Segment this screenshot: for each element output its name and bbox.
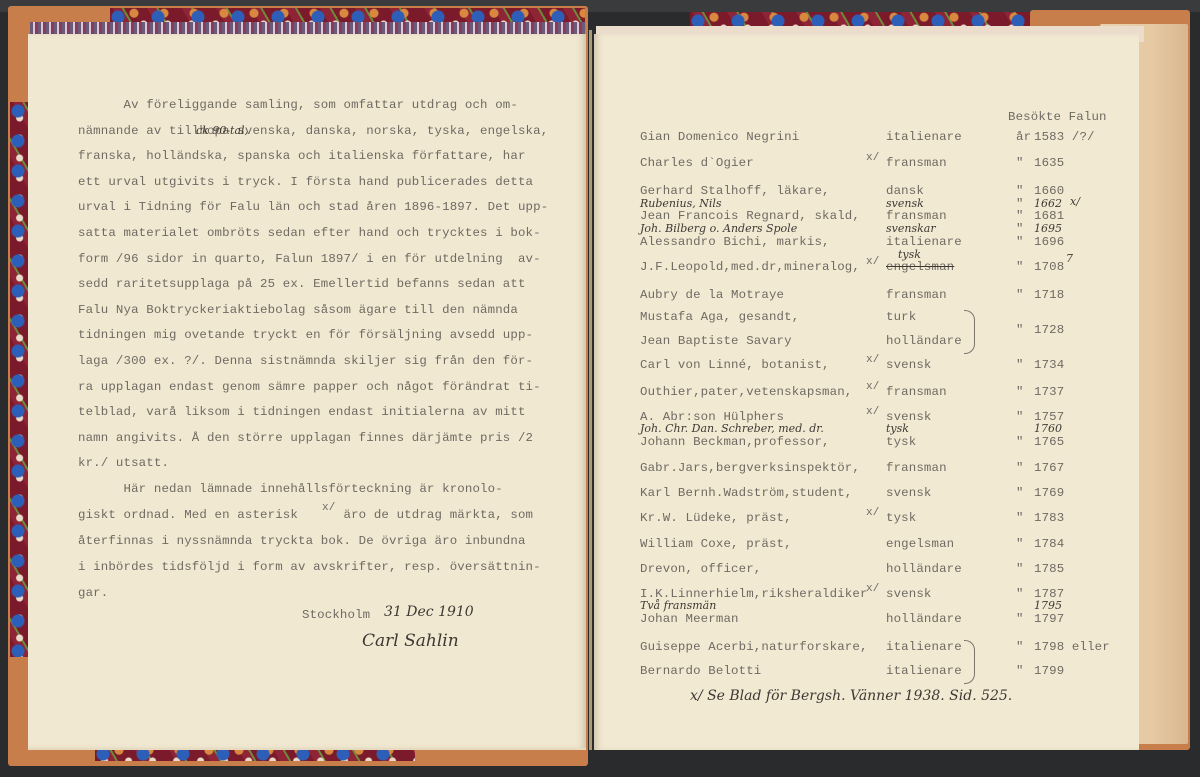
visitor-name: Två fransmän: [640, 599, 716, 612]
visit-year: 1760: [1034, 422, 1062, 435]
nationality: holländare: [886, 562, 962, 576]
asterisk-mark: x/: [866, 381, 880, 393]
visit-year: 1798 eller: [1034, 640, 1110, 654]
visitor-name: J.F.Leopold,med.dr,mineralog,: [640, 260, 860, 274]
nationality: holländare: [886, 612, 962, 626]
nationality: svensk: [886, 587, 932, 601]
visitor-name: Bernardo Belotti: [640, 664, 761, 678]
brace-1798-1799: [964, 640, 975, 684]
visitor-name: Charles d`Ogier: [640, 156, 754, 170]
ditto-mark: ": [1016, 288, 1024, 302]
visit-year: 1799: [1034, 664, 1064, 678]
visitor-name: Gerhard Stalhoff, läkare,: [640, 184, 830, 198]
visit-year: 1696: [1034, 235, 1064, 249]
text-line: sedd raritetsupplaga på 25 ex. Emellerti…: [78, 277, 526, 291]
visit-year: 1681: [1034, 209, 1064, 223]
visit-year: 1708: [1034, 260, 1064, 274]
nationality: engelsman: [886, 537, 954, 551]
visit-year: 1769: [1034, 486, 1064, 500]
nationality: italienare: [886, 235, 962, 249]
nationality: svenskar: [886, 222, 936, 235]
text-line: franska, holländska, spanska och italien…: [78, 149, 526, 163]
visit-year: 1795: [1034, 599, 1062, 612]
signature: Carl Sahlin: [362, 631, 459, 651]
visit-year: 1583 /?/: [1034, 130, 1095, 144]
text-line: ra upplagan endast genom sämre papper oc…: [78, 380, 541, 394]
text-line: urval i Tidning för Falu län och stad år…: [78, 200, 548, 214]
ditto-mark: ": [1016, 209, 1024, 223]
visitor-name: Mustafa Aga, gesandt,: [640, 310, 799, 324]
ditto-mark: ": [1016, 664, 1024, 678]
text-line: ett urval utgivits i tryck. I första han…: [78, 175, 533, 189]
text-line: satta materialet ombröts sedan efter han…: [78, 226, 541, 240]
ditto-mark: ": [1016, 156, 1024, 170]
asterisk-mark: x/: [866, 256, 880, 268]
visitor-name: Gabr.Jars,bergverksinspektör,: [640, 461, 860, 475]
text-line: giskt ordnad. Med en asterisk äro de utd…: [78, 508, 533, 522]
ditto-mark: ": [1016, 587, 1024, 601]
nationality: svensk: [886, 358, 932, 372]
ditto-mark: ": [1016, 260, 1024, 274]
visitor-name: Drevon, officer,: [640, 562, 761, 576]
visitor-name: Carl von Linné, botanist,: [640, 358, 830, 372]
visit-year: 1737: [1034, 385, 1064, 399]
text-line: form /96 sidor in quarto, Falun 1897/ i …: [78, 252, 541, 266]
asterisk-mark: x/: [866, 406, 880, 418]
ditto-mark: ": [1016, 640, 1024, 654]
column-header-visited-falun: Besökte Falun: [1008, 110, 1107, 124]
brace-1728: [964, 310, 975, 354]
visitor-name: Joh. Chr. Dan. Schreber, med. dr.: [640, 422, 824, 435]
nationality: fransman: [886, 461, 947, 475]
visit-year: 1728: [1034, 323, 1064, 337]
nationality: tysk: [886, 435, 916, 449]
visit-year: 1734: [1034, 358, 1064, 372]
text-line: tidningen mig ovetande tryckt en för för…: [78, 328, 533, 342]
text-line: kr./ utsatt.: [78, 456, 169, 470]
visit-year: 1695: [1034, 222, 1062, 235]
nationality: holländare: [886, 334, 962, 348]
ditto-mark: ": [1016, 562, 1024, 576]
visit-year: 1784: [1034, 537, 1064, 551]
visitor-name: Aubry de la Motraye: [640, 288, 784, 302]
nationality: tysk: [886, 511, 916, 525]
asterisk-mark: x/: [1070, 195, 1080, 208]
ditto-mark: ": [1016, 410, 1024, 424]
visit-year: 1660: [1034, 184, 1064, 198]
ditto-mark: ": [1016, 235, 1024, 249]
text-line: Här nedan lämnade innehållsförteckning ä…: [78, 482, 503, 496]
text-line: i inbördes tidsföljd i form av avskrifte…: [78, 560, 541, 574]
nationality: fransman: [886, 385, 947, 399]
visitor-name: Karl Bernh.Wadström,student,: [640, 486, 852, 500]
text-line: gar.: [78, 586, 108, 600]
ditto-mark: ": [1016, 385, 1024, 399]
asterisk-mark: x/: [866, 152, 880, 164]
visit-year: 1635: [1034, 156, 1064, 170]
nationality: fransman: [886, 156, 947, 170]
nationality: fransman: [886, 209, 947, 223]
ditto-mark: ": [1016, 184, 1024, 198]
nationality: tysk: [886, 422, 909, 435]
visitor-name: William Coxe, präst,: [640, 537, 792, 551]
nationality-correction: tysk: [898, 248, 921, 261]
visitor-name: Jean Francois Regnard, skald,: [640, 209, 860, 223]
right-page: Besökte Falun Gian Domenico Negriniitali…: [594, 34, 1139, 750]
book-spine-gutter: [589, 30, 592, 750]
ditto-mark: ": [1016, 537, 1024, 551]
ditto-mark: ": [1016, 323, 1024, 337]
asterisk-mark: x/: [322, 502, 336, 514]
nationality: svensk: [886, 486, 932, 500]
nationality: italienare: [886, 130, 962, 144]
nationality: fransman: [886, 288, 947, 302]
visitor-name: Johan Meerman: [640, 612, 739, 626]
nationality: dansk: [886, 184, 924, 198]
visitor-name: Kr.W. Lüdeke, präst,: [640, 511, 792, 525]
nationality: engelsman: [886, 260, 954, 274]
ditto-mark: ": [1016, 612, 1024, 626]
ditto-mark: ": [1016, 461, 1024, 475]
visitor-name: Joh. Bilberg o. Anders Spole: [640, 222, 797, 235]
visit-year: 1797: [1034, 612, 1064, 626]
ditto-mark: ": [1016, 222, 1024, 236]
visitor-name: Guiseppe Acerbi,naturforskare,: [640, 640, 868, 654]
visit-year: 1785: [1034, 562, 1064, 576]
comb-marble-strip: [30, 22, 585, 34]
visitor-name: Johann Beckman,professor,: [640, 435, 830, 449]
place-text: Stockholm: [302, 608, 370, 622]
text-line: återfinnas i nyssnämnda tryckta bok. De …: [78, 534, 526, 548]
visitor-name: Gian Domenico Negrini: [640, 130, 799, 144]
visitor-name: Jean Baptiste Savary: [640, 334, 792, 348]
year-correction: 7: [1066, 252, 1073, 265]
asterisk-mark: x/: [866, 354, 880, 366]
text-line: telblad, varå liksom i tidningen endast …: [78, 405, 526, 419]
handwritten-insert: ck 90-tal,: [196, 124, 248, 137]
visitor-name: Alessandro Bichi, markis,: [640, 235, 830, 249]
text-line: Av föreliggande samling, som omfattar ut…: [78, 98, 518, 112]
ditto-mark: ": [1016, 486, 1024, 500]
ditto-mark: ": [1016, 511, 1024, 525]
ditto-mark: år: [1016, 130, 1031, 144]
asterisk-mark: x/: [866, 583, 880, 595]
text-line: namn angivits. Å den större upplagan fin…: [78, 431, 533, 445]
ditto-mark: ": [1016, 435, 1024, 449]
visit-year: 1765: [1034, 435, 1064, 449]
text-line: nämnande av tillhopa svenska, danska, no…: [78, 124, 548, 138]
handwritten-date: 31 Dec 1910: [384, 604, 474, 620]
nationality: italienare: [886, 640, 962, 654]
visit-year: 1783: [1034, 511, 1064, 525]
nationality: italienare: [886, 664, 962, 678]
handwritten-footnote: x/ Se Blad för Bergsh. Vänner 1938. Sid.…: [690, 688, 1012, 704]
visit-year: 1767: [1034, 461, 1064, 475]
visit-year: 1718: [1034, 288, 1064, 302]
ditto-mark: ": [1016, 358, 1024, 372]
text-line: laga /300 ex. ?/. Denna sistnämnda skilj…: [78, 354, 533, 368]
asterisk-mark: x/: [866, 507, 880, 519]
text-line: Falu Nya Boktryckeriaktiebolag såsom äga…: [78, 303, 518, 317]
nationality: turk: [886, 310, 916, 324]
left-page: Av föreliggande samling, som omfattar ut…: [28, 34, 586, 748]
visitor-name: Outhier,pater,vetenskapsman,: [640, 385, 852, 399]
